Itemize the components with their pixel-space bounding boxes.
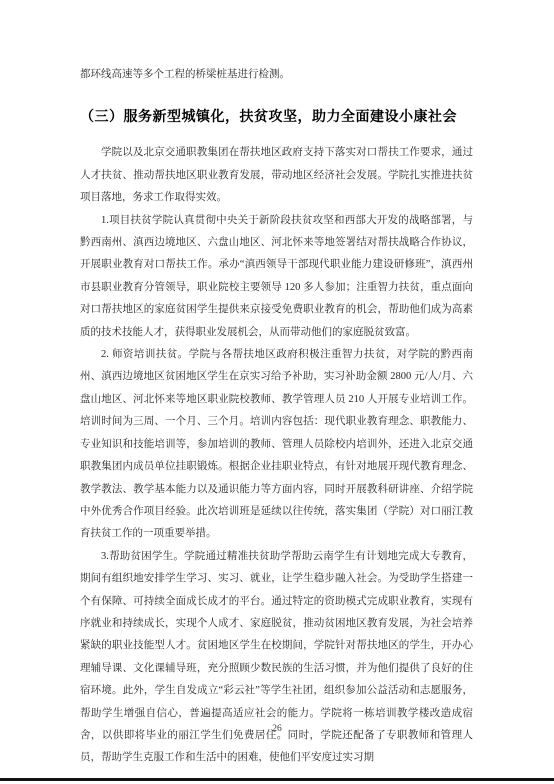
paragraph-helping-poor-students: 3.帮助贫困学生。学院通过精准扶贫助学帮助云南学生有计划地完成大专教育，期间有组…	[80, 546, 473, 770]
paragraph-intro: 学院以及北京交通职教集团在帮扶地区政府支持下落实对口帮扶工作要求，通过人才扶贫、…	[80, 142, 473, 209]
page-bottom-edge-line	[0, 778, 554, 781]
document-page: 都环线高速等多个工程的桥梁桩基进行检测。 （三）服务新型城镇化，扶贫攻坚，助力全…	[0, 0, 554, 784]
paragraph-project-poverty-alleviation: 1.项目扶贫学院认真贯彻中央关于新阶段扶贫攻坚和西部大开发的战略部署，与黔西南州…	[80, 210, 473, 344]
section-heading: （三）服务新型城镇化，扶贫攻坚，助力全面建设小康社会	[80, 107, 473, 125]
page-footer: 26	[0, 718, 554, 736]
document-body: 学院以及北京交通职教集团在帮扶地区政府支持下落实对口帮扶工作要求，通过人才扶贫、…	[80, 142, 473, 769]
page-number: 26	[272, 724, 282, 734]
continuation-paragraph-line: 都环线高速等多个工程的桥梁桩基进行检测。	[80, 64, 473, 86]
paragraph-teacher-training: 2. 师资培训扶贫。学院与各帮扶地区政府积极注重智力扶贫，对学院的黔西南州、滇西…	[80, 344, 473, 546]
